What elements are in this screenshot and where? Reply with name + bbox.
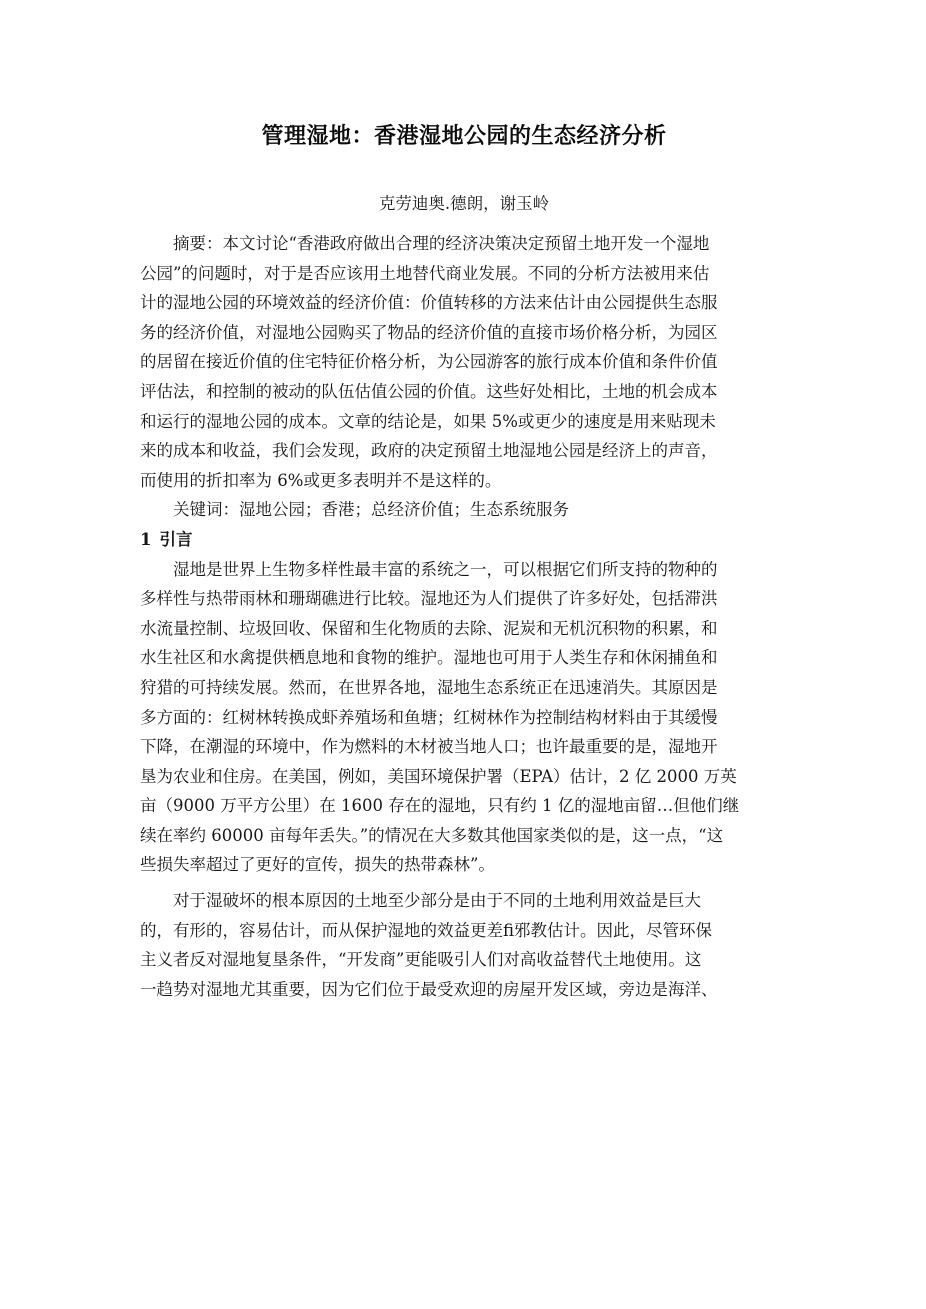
keywords: 关键词：湿地公园；香港；总经济价值；生态系统服务 — [140, 495, 788, 525]
paragraph-line: 些损失率超过了更好的宣传，损失的热带森林”。 — [140, 850, 788, 880]
paragraph-line: 对于湿破坏的根本原因的土地至少部分是由于不同的土地利用效益是巨大 — [140, 886, 788, 916]
author-list: 克劳迪奥.德朗，谢玉岭 — [140, 191, 788, 217]
paragraph-line: 亩（9000 万平方公里）在 1600 存在的湿地，只有约 1 亿的湿地亩留…但… — [140, 791, 788, 821]
paragraph-line: 水生社区和水禽提供栖息地和食物的维护。湿地也可用于人类生存和休闲捕鱼和 — [140, 643, 788, 673]
section-heading-introduction: 1引言 — [140, 525, 788, 555]
section-number: 1 — [140, 530, 151, 549]
abstract-line: 公园”的问题时，对于是否应该用土地替代商业发展。不同的分析方法被用来估 — [140, 259, 788, 289]
paragraph-line: 狩猎的可持续发展。然而，在世界各地，湿地生态系统正在迅速消失。其原因是 — [140, 673, 788, 703]
abstract-line: 和运行的湿地公园的成本。文章的结论是，如果 5%或更少的速度是用来贴现未 — [140, 407, 788, 437]
paragraph-intro-1: 湿地是世界上生物多样性最丰富的系统之一，可以根据它们所支持的物种的 多样性与热带… — [140, 555, 788, 881]
paper-body: 摘要：本文讨论“香港政府做出合理的经济决策决定预留土地开发一个湿地 公园”的问题… — [140, 229, 788, 1004]
paragraph-line: 湿地是世界上生物多样性最丰富的系统之一，可以根据它们所支持的物种的 — [140, 555, 788, 585]
abstract: 摘要：本文讨论“香港政府做出合理的经济决策决定预留土地开发一个湿地 公园”的问题… — [140, 229, 788, 495]
paragraph-line: 续在率约 60000 亩每年丢失。”的情况在大多数其他国家类似的是，这一点，“这 — [140, 821, 788, 851]
abstract-line: 摘要：本文讨论“香港政府做出合理的经济决策决定预留土地开发一个湿地 — [140, 229, 788, 259]
paragraph-line: 多样性与热带雨林和珊瑚礁进行比较。湿地还为人们提供了许多好处，包括滞洪 — [140, 584, 788, 614]
abstract-line: 计的湿地公园的环境效益的经济价值：价值转移的方法来估计由公园提供生态服 — [140, 288, 788, 318]
paper-title: 管理湿地：香港湿地公园的生态经济分析 — [140, 121, 788, 153]
abstract-line: 务的经济价值，对湿地公园购买了物品的经济价值的直接市场价格分析，为园区 — [140, 318, 788, 348]
abstract-line: 的居留在接近价值的住宅特征价格分析，为公园游客的旅行成本价值和条件价值 — [140, 347, 788, 377]
abstract-line: 评估法，和控制的被动的队伍估值公园的价值。这些好处相比，土地的机会成本 — [140, 377, 788, 407]
paragraph-line: 水流量控制、垃圾回收、保留和生化物质的去除、泥炭和无机沉积物的积累，和 — [140, 614, 788, 644]
paragraph-line: 多方面的：红树林转换成虾养殖场和鱼塘；红树林作为控制结构材料由于其缓慢 — [140, 703, 788, 733]
paragraph-line: 主义者反对湿地复垦条件，“开发商”更能吸引人们对高收益替代土地使用。这 — [140, 945, 788, 975]
abstract-line: 而使用的折扣率为 6%或更多表明并不是这样的。 — [140, 466, 788, 496]
paragraph-intro-2: 对于湿破坏的根本原因的土地至少部分是由于不同的土地利用效益是巨大 的，有形的，容… — [140, 886, 788, 1004]
paragraph-line: 下降，在潮湿的环境中，作为燃料的木材被当地人口；也许最重要的是，湿地开 — [140, 732, 788, 762]
abstract-line: 来的成本和收益，我们会发现，政府的决定预留土地湿地公园是经济上的声音， — [140, 436, 788, 466]
paragraph-line: 一趋势对湿地尤其重要，因为它们位于最受欢迎的房屋开发区域，旁边是海洋、 — [140, 975, 788, 1005]
section-title: 引言 — [159, 530, 192, 549]
paragraph-line: 的，有形的，容易估计，而从保护湿地的效益更差ﬁ邪教估计。因此，尽管环保 — [140, 916, 788, 946]
paragraph-line: 垦为农业和住房。在美国，例如，美国环境保护署（EPA）估计，2 亿 2000 万… — [140, 762, 788, 792]
